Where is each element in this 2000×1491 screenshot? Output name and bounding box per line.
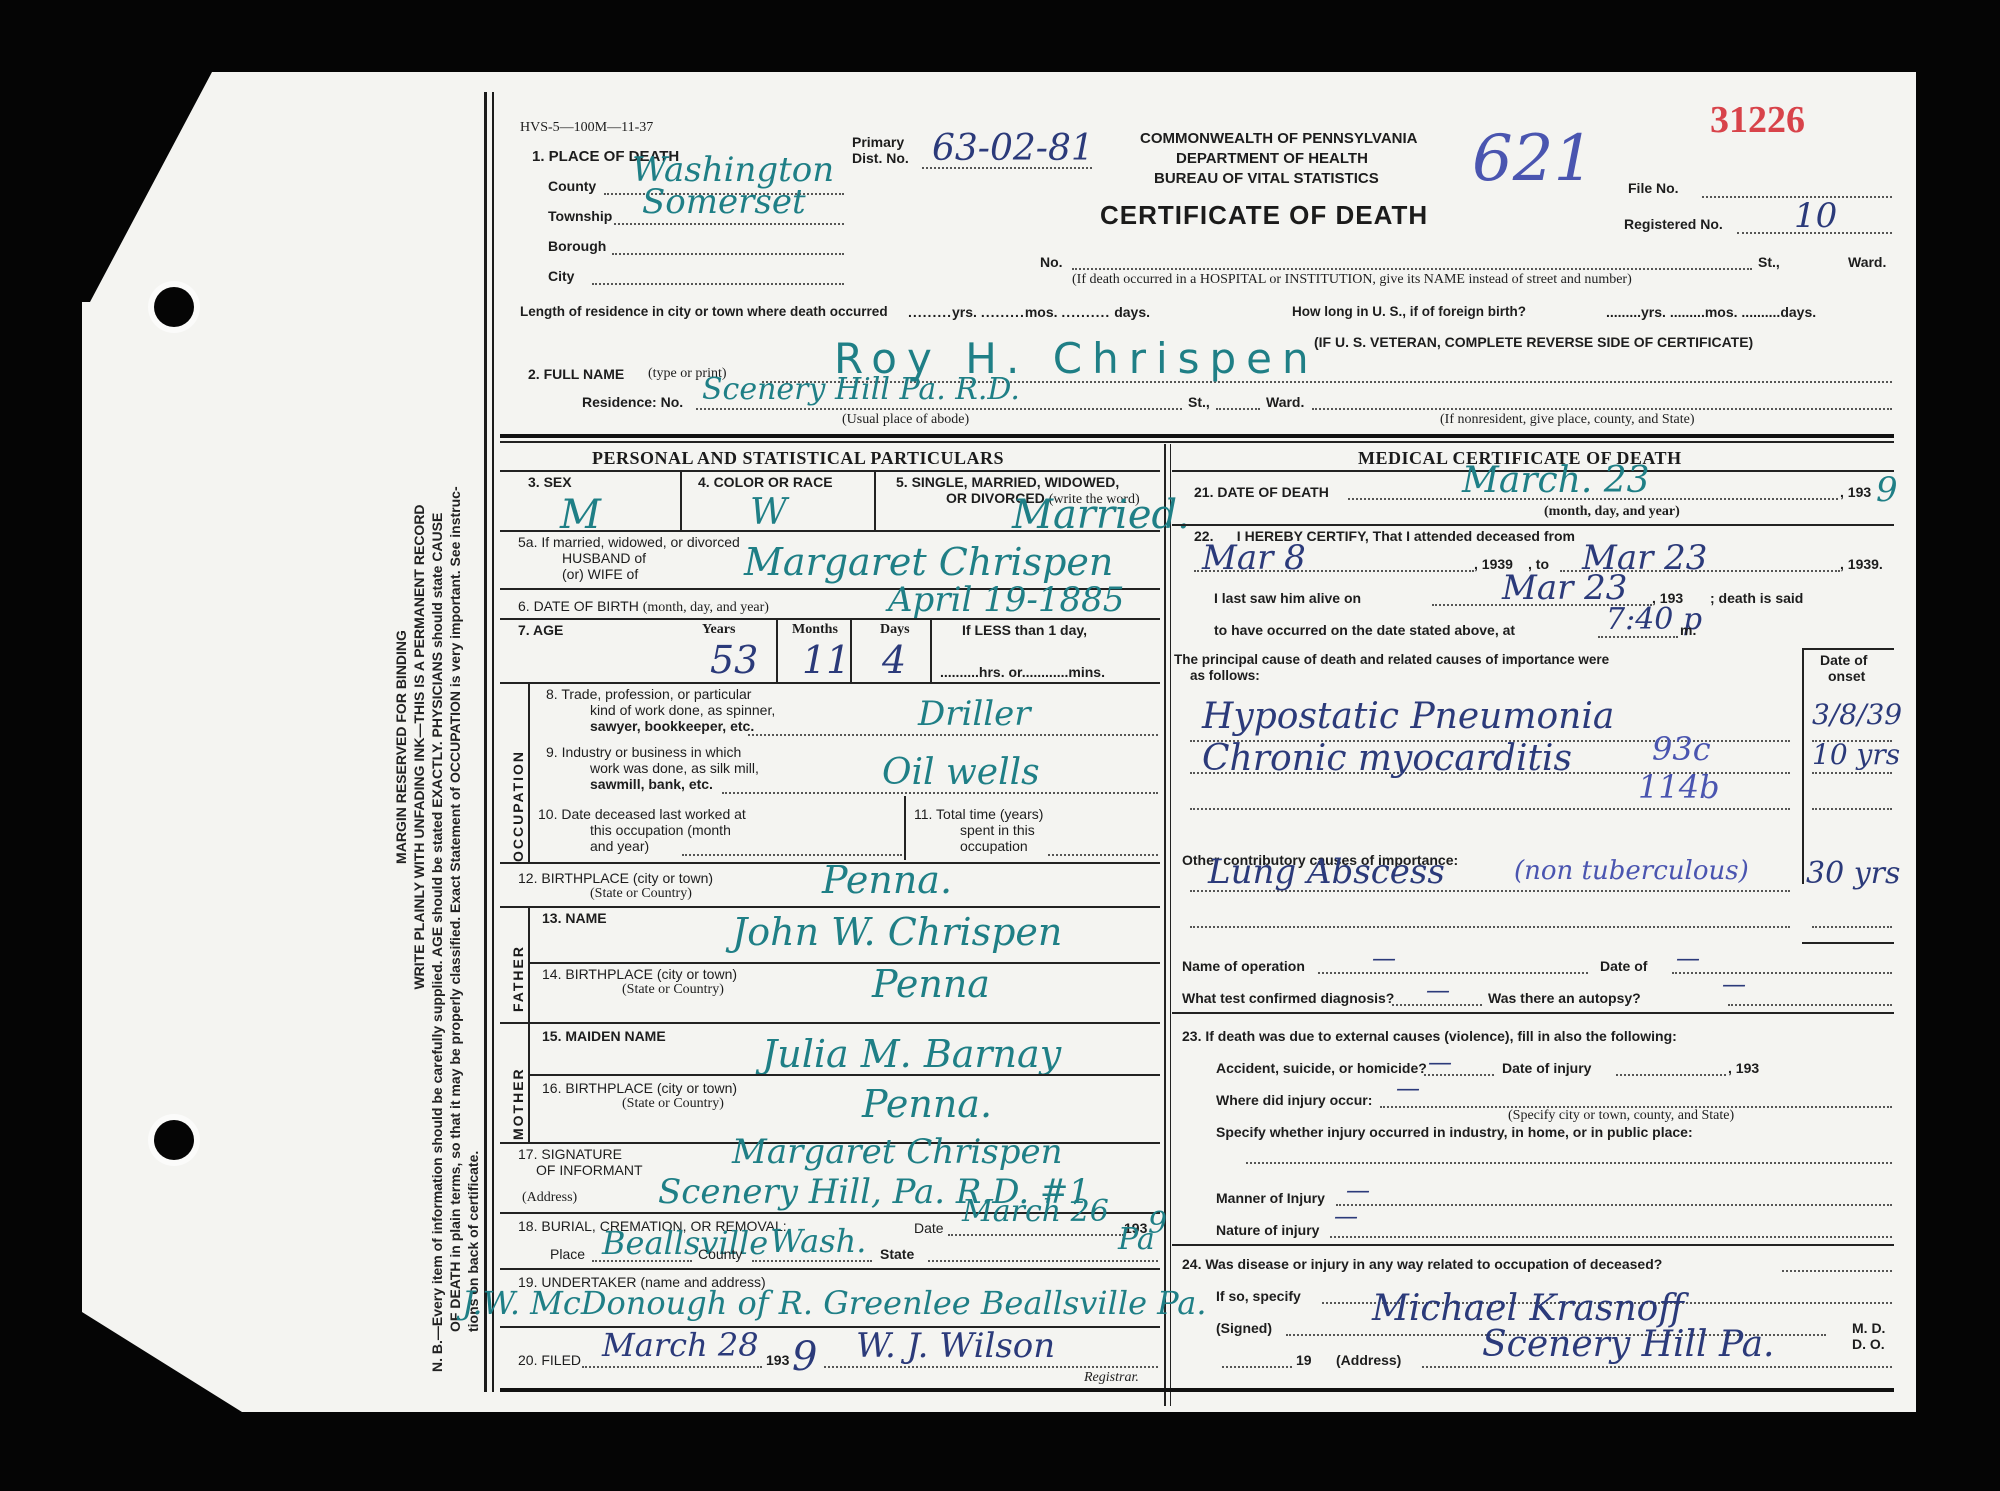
father-side-label: FATHER	[510, 945, 526, 1012]
birthplace-value: Penna.	[822, 858, 952, 902]
borough-field	[612, 253, 844, 255]
contributory-onset: 30 yrs	[1806, 856, 1900, 891]
cause-2-onset: 10 yrs	[1812, 738, 1900, 771]
township-label: Township	[548, 208, 612, 224]
ward-label: Ward.	[1848, 254, 1886, 270]
street-no-label: No.	[1040, 254, 1063, 270]
manner-value: —	[1346, 1176, 1370, 1204]
serial-number: 31226	[1710, 98, 1805, 142]
accident-value: —	[1428, 1048, 1452, 1076]
operation-label: Name of operation	[1182, 958, 1305, 974]
contributory-value: Lung Abscess	[1208, 852, 1445, 892]
burial-place-label: Place	[550, 1246, 585, 1262]
test-value: —	[1426, 976, 1450, 1004]
external-causes-label: 23. If death was due to external causes …	[1182, 1028, 1677, 1044]
nature-label: Nature of injury	[1216, 1222, 1319, 1238]
nonresident-note: (If nonresident, give place, county, and…	[1440, 412, 1695, 428]
cause-2-code: 93c	[1652, 730, 1711, 768]
annotation-number: 621	[1472, 122, 1594, 196]
physician-address-value: Scenery Hill Pa.	[1482, 1324, 1775, 1365]
binding-hole-top	[154, 287, 194, 327]
spouse-value: Margaret Chrispen	[744, 540, 1113, 584]
township-value: Somerset	[642, 182, 806, 222]
margin-line-4: OF DEATH in plain terms, so that it may …	[446, 122, 464, 1372]
margin-line-3: N. B.—Every item of information should b…	[429, 513, 445, 1372]
margin-line-5: tions on back of certificate.	[464, 122, 482, 1372]
mother-name-label: 15. MAIDEN NAME	[542, 1028, 666, 1044]
occupation-related-label: 24. Was disease or injury in any way rel…	[1182, 1256, 1662, 1272]
cause-2-value: Chronic myocarditis	[1202, 738, 1572, 779]
total-time-label: 11. Total time (years)	[914, 806, 1043, 822]
specify-place-field	[1246, 1162, 1892, 1164]
dob-label: 6. DATE OF BIRTH	[518, 598, 639, 614]
header-bureau: BUREAU OF VITAL STATISTICS	[1154, 170, 1379, 187]
industry-value: Oil wells	[882, 752, 1040, 793]
physician-address-label: (Address)	[1336, 1352, 1401, 1368]
burial-county-value: Wash.	[770, 1222, 866, 1260]
residence-value: Scenery Hill Pa. R.D.	[702, 372, 1020, 407]
dist-no-label: Dist. No.	[852, 150, 909, 166]
years-label: Years	[702, 622, 735, 638]
occurred-label: to have occurred on the date stated abov…	[1214, 622, 1515, 638]
personal-section-title: PERSONAL AND STATISTICAL PARTICULARS	[592, 448, 1004, 469]
binding-margin-instructions: MARGIN RESERVED FOR BINDING WRITE PLAINL…	[392, 122, 482, 1372]
trade-value: Driller	[918, 694, 1031, 734]
months-label: Months	[792, 622, 838, 638]
filed-year-value: 9	[792, 1334, 817, 1380]
injury-date-label: Date of injury	[1502, 1060, 1591, 1076]
cause-1-value: Hypostatic Pneumonia	[1202, 696, 1614, 737]
signed-label: (Signed)	[1216, 1320, 1272, 1336]
race-label: 4. COLOR OR RACE	[698, 474, 833, 490]
spouse-label: 5a. If married, widowed, or divorced	[518, 534, 740, 550]
city-field	[592, 283, 844, 285]
birthplace-label: 12. BIRTHPLACE (city or town)	[518, 870, 713, 886]
if-so-label: If so, specify	[1216, 1288, 1301, 1304]
address-label: (Address)	[522, 1190, 577, 1206]
residence-st-label: St.,	[1188, 394, 1210, 410]
cause-intro: The principal cause of death and related…	[1174, 652, 1609, 667]
dod-note: (month, day, and year)	[1544, 504, 1680, 520]
where-injury-value: —	[1396, 1074, 1420, 1102]
mother-name-value: Julia M. Barnay	[762, 1032, 1061, 1076]
informant-label: 17. SIGNATURE	[518, 1146, 622, 1162]
date-of-operation-label: Date of	[1600, 958, 1647, 974]
onset-header: Date of	[1820, 652, 1867, 668]
margin-line-2: WRITE PLAINLY WITH UNFADING INK—THIS IS …	[410, 122, 428, 1372]
registered-no-label: Registered No.	[1624, 216, 1723, 232]
abode-note: (Usual place of abode)	[842, 412, 969, 428]
form-code: HVS-5—100M—11-37	[520, 120, 653, 136]
veteran-note: (IF U. S. VETERAN, COMPLETE REVERSE SIDE…	[1314, 334, 1753, 350]
hrs-label: hrs. or	[979, 664, 1022, 680]
margin-line-1: MARGIN RESERVED FOR BINDING	[392, 122, 410, 1372]
manner-label: Manner of Injury	[1216, 1190, 1325, 1206]
registrar-label: Registrar.	[1084, 1370, 1139, 1386]
registered-no-value: 10	[1794, 196, 1837, 236]
occupation-side-label: OCCUPATION	[510, 750, 526, 862]
binding-rule	[484, 92, 487, 1392]
burial-date-value: March 26	[962, 1194, 1109, 1229]
operation-value: —	[1372, 944, 1396, 972]
father-birthplace-label: 14. BIRTHPLACE (city or town)	[542, 966, 737, 982]
total-time-field	[1048, 854, 1158, 856]
marital-label: 5. SINGLE, MARRIED, WIDOWED,	[896, 474, 1119, 490]
burial-county-label: County	[698, 1246, 742, 1262]
undertaker-value: J.W. McDonough of R. Greenlee Beallsvill…	[462, 1284, 1207, 1322]
residence-ward-label: Ward.	[1266, 394, 1304, 410]
registrar-signature: W. J. Wilson	[856, 1326, 1055, 1366]
burial-date-label: Date	[914, 1220, 944, 1236]
autopsy-value: —	[1722, 970, 1746, 998]
industry-label: 9. Industry or business in which	[546, 744, 741, 760]
cause-1-onset: 3/8/39	[1812, 698, 1902, 731]
age-months-value: 11	[802, 638, 850, 682]
date-of-death-value: March. 23	[1462, 460, 1650, 501]
city-label: City	[548, 268, 574, 284]
filed-label: 20. FILED	[518, 1352, 581, 1368]
cause-3-code: 114b	[1638, 768, 1720, 806]
death-certificate-sheet: MARGIN RESERVED FOR BINDING WRITE PLAINL…	[82, 72, 1916, 1412]
md-label: M. D.	[1852, 1320, 1885, 1336]
last-worked-field	[682, 854, 902, 856]
mins-label: mins.	[1068, 664, 1105, 680]
specify-place-label: Specify whether injury occurred in indus…	[1216, 1124, 1693, 1140]
county-label: County	[548, 178, 596, 194]
last-saw-label: I last saw him alive on	[1214, 590, 1361, 606]
where-injury-label: Where did injury occur:	[1216, 1092, 1372, 1108]
date-of-death-label: 21. DATE OF DEATH	[1194, 484, 1329, 500]
informant-signature: Margaret Chrispen	[732, 1132, 1063, 1172]
burial-state-value: Pa	[1118, 1222, 1155, 1257]
age-years-value: 53	[710, 638, 758, 682]
page-title: CERTIFICATE OF DEATH	[1100, 200, 1428, 231]
binding-rule-inner	[492, 92, 494, 1392]
days-label: Days	[880, 622, 910, 638]
mother-birthplace-label: 16. BIRTHPLACE (city or town)	[542, 1080, 737, 1096]
residence-length-label: Length of residence in city or town wher…	[520, 304, 888, 319]
contributory-note: (non tuberculous)	[1514, 856, 1749, 886]
father-name-label: 13. NAME	[542, 910, 607, 926]
hospital-note: (If death occurred in a HOSPITAL or INST…	[1072, 272, 1632, 288]
father-name-value: John W. Chrispen	[732, 910, 1062, 954]
trade-label: 8. Trade, profession, or particular	[546, 686, 751, 702]
race-value: W	[750, 492, 787, 533]
less-than-day-label: If LESS than 1 day,	[962, 622, 1087, 638]
father-birthplace-value: Penna	[872, 962, 990, 1006]
file-no-label: File No.	[1628, 180, 1679, 196]
binding-hole-bottom	[154, 1120, 194, 1160]
header-department: DEPARTMENT OF HEALTH	[1176, 150, 1368, 167]
sex-label: 3. SEX	[528, 474, 572, 490]
burial-place-value: Beallsville	[602, 1224, 768, 1262]
age-days-value: 4	[882, 638, 906, 682]
foreign-birth-label: How long in U. S., if of foreign birth?	[1292, 304, 1526, 319]
where-note: (Specify city or town, county, and State…	[1508, 1108, 1734, 1124]
test-label: What test confirmed diagnosis?	[1182, 990, 1394, 1006]
borough-label: Borough	[548, 238, 606, 254]
last-worked-label: 10. Date deceased last worked at	[538, 806, 746, 822]
header-commonwealth: COMMONWEALTH OF PENNSYLVANIA	[1140, 130, 1418, 147]
age-label: 7. AGE	[518, 622, 563, 638]
autopsy-label: Was there an autopsy?	[1488, 990, 1641, 1006]
death-year-value: 9	[1876, 470, 1898, 510]
dist-no-value: 63-02-81	[932, 128, 1094, 169]
dob-value: April 19-1885	[888, 580, 1124, 620]
primary-label: Primary	[852, 134, 904, 150]
physician-signature: Michael Krasnoff	[1372, 1288, 1684, 1329]
burial-state-label: State	[880, 1246, 914, 1262]
do-label: D. O.	[1852, 1336, 1885, 1352]
street-st-label: St.,	[1758, 254, 1780, 270]
full-name-label: 2. FULL NAME	[528, 366, 624, 382]
date-of-operation-value: —	[1676, 944, 1700, 972]
mother-birthplace-value: Penna.	[862, 1082, 992, 1126]
column-divider	[1164, 444, 1166, 1406]
nature-value: —	[1334, 1202, 1358, 1230]
mother-side-label: MOTHER	[510, 1067, 526, 1140]
attended-from-value: Mar 8	[1202, 538, 1306, 578]
residence-label: Residence: No.	[582, 394, 683, 410]
filed-date-value: March 28	[602, 1326, 759, 1364]
